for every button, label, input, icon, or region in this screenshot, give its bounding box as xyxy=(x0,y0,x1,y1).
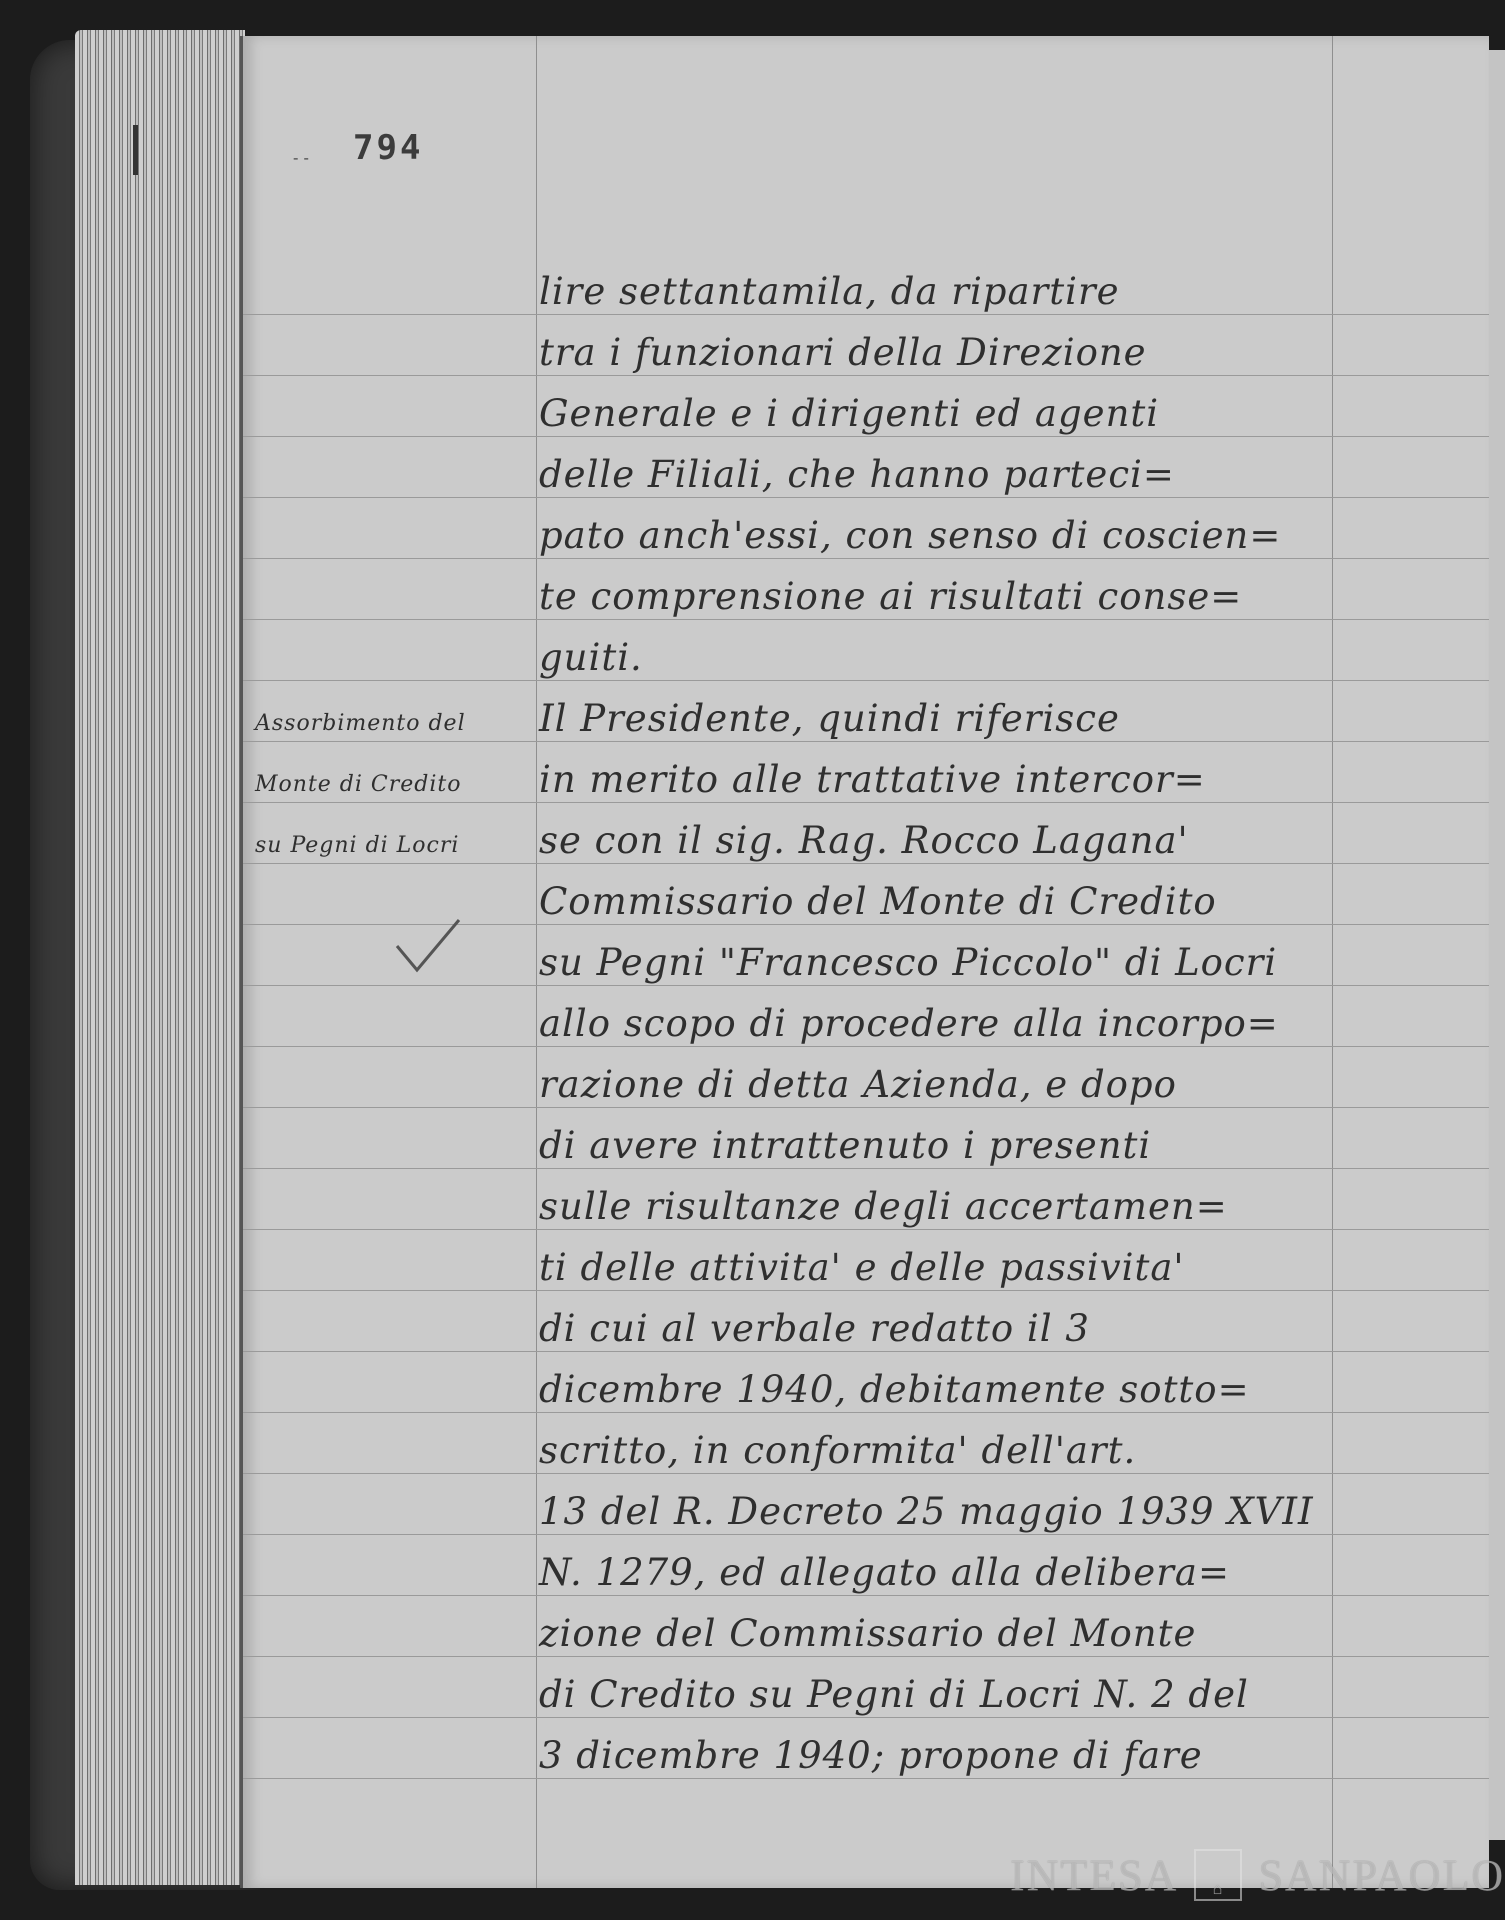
margin-note-line: Assorbimento del xyxy=(255,711,466,736)
ruled-line xyxy=(243,1107,1489,1108)
handwritten-line: su Pegni "Francesco Piccolo" di Locri xyxy=(539,941,1277,984)
page-number-prefix: - - xyxy=(293,148,309,167)
margin-note-line: Monte di Credito xyxy=(255,772,461,797)
ruled-line xyxy=(243,1229,1489,1230)
handwritten-line: sulle risultanze degli accertamen= xyxy=(539,1185,1228,1228)
handwritten-line: Generale e i dirigenti ed agenti xyxy=(539,392,1159,435)
ruled-line xyxy=(243,863,1489,864)
watermark-left-text: INTESA xyxy=(1010,1850,1178,1901)
ruled-line xyxy=(243,1290,1489,1291)
handwritten-line: di avere intrattenuto i presenti xyxy=(539,1124,1151,1167)
handwritten-line: guiti. xyxy=(539,636,643,679)
ruled-line xyxy=(243,741,1489,742)
handwritten-line: pato anch'essi, con senso di coscien= xyxy=(539,514,1281,557)
handwritten-line: Commissario del Monte di Credito xyxy=(539,880,1217,923)
handwritten-line: tra i funzionari della Direzione xyxy=(539,331,1147,374)
handwritten-line: in merito alle trattative intercor= xyxy=(539,758,1206,801)
bank-logo-icon: ⌂ xyxy=(1194,1849,1242,1901)
checkmark-icon xyxy=(393,916,463,976)
ruled-line xyxy=(243,436,1489,437)
ruled-line xyxy=(243,375,1489,376)
handwritten-line: di Credito su Pegni di Locri N. 2 del xyxy=(539,1673,1249,1716)
ruled-line xyxy=(243,1412,1489,1413)
ledger-page: - - 794 lire settantamila, da ripartiret… xyxy=(240,36,1489,1888)
handwritten-line: allo scopo di procedere alla incorpo= xyxy=(539,1002,1279,1045)
ruled-line xyxy=(243,1473,1489,1474)
page-stack-edges xyxy=(75,30,245,1885)
ruled-line xyxy=(243,680,1489,681)
ruled-line xyxy=(243,497,1489,498)
handwritten-line: dicembre 1940, debitamente sotto= xyxy=(539,1368,1250,1411)
page-number: 794 xyxy=(353,128,423,168)
ruled-line xyxy=(243,619,1489,620)
handwritten-line: 13 del R. Decreto 25 maggio 1939 XVII xyxy=(539,1490,1314,1533)
handwritten-line: scritto, in conformita' dell'art. xyxy=(539,1429,1136,1472)
ruled-line xyxy=(243,1534,1489,1535)
bookmark-tab xyxy=(133,125,138,175)
handwritten-line: se con il sig. Rag. Rocco Lagana' xyxy=(539,819,1189,862)
ruled-line xyxy=(243,1595,1489,1596)
handwritten-line: lire settantamila, da ripartire xyxy=(539,270,1120,313)
ruled-line xyxy=(243,314,1489,315)
handwritten-line: 3 dicembre 1940; propone di fare xyxy=(539,1734,1203,1777)
ruled-line xyxy=(243,1778,1489,1779)
watermark-right-text: SANPAOLO xyxy=(1258,1850,1505,1901)
handwritten-line: razione di detta Azienda, e dopo xyxy=(539,1063,1177,1106)
margin-note-line: su Pegni di Locri xyxy=(255,833,459,858)
ruled-line xyxy=(243,1717,1489,1718)
handwritten-line: delle Filiali, che hanno parteci= xyxy=(539,453,1175,496)
handwritten-line: N. 1279, ed allegato alla delibera= xyxy=(539,1551,1230,1594)
ruled-line xyxy=(243,1046,1489,1047)
intesa-sanpaolo-watermark: INTESA ⌂ SANPAOLO xyxy=(1010,1850,1505,1900)
handwritten-line: Il Presidente, quindi riferisce xyxy=(539,697,1120,740)
handwritten-line: ti delle attivita' e delle passivita' xyxy=(539,1246,1185,1289)
ruled-line xyxy=(243,985,1489,986)
ruled-line xyxy=(243,1656,1489,1657)
ruled-line xyxy=(243,802,1489,803)
ruled-line xyxy=(243,1351,1489,1352)
ruled-line xyxy=(243,558,1489,559)
handwritten-line: di cui al verbale redatto il 3 xyxy=(539,1307,1090,1350)
handwritten-line: zione del Commissario del Monte xyxy=(539,1612,1196,1655)
ruled-line xyxy=(243,1168,1489,1169)
handwritten-line: te comprensione ai risultati conse= xyxy=(539,575,1242,618)
